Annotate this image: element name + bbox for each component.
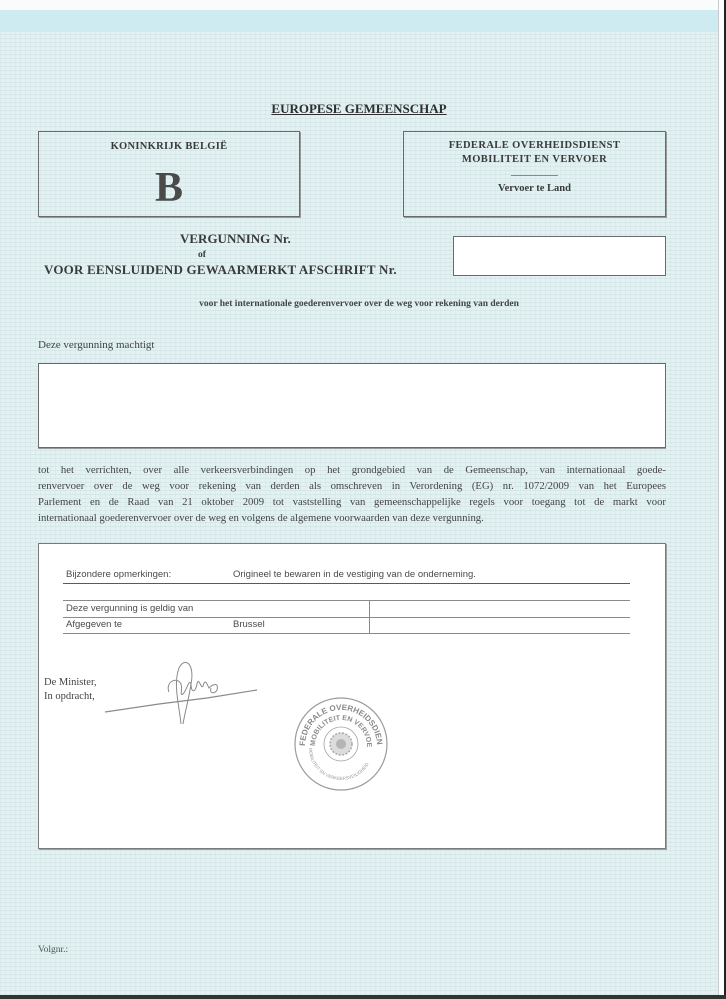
authority-line1: FEDERALE OVERHEIDSDIENST — [404, 140, 665, 151]
remarks-value: Origineel te bewaren in de vestiging van… — [233, 569, 476, 580]
remarks-label: Bijzondere opmerkingen: — [66, 569, 171, 580]
document-heading: EUROPESE GEMEENSCHAP — [0, 101, 718, 117]
body-line: internationaal goederenvervoer over de w… — [38, 510, 666, 526]
license-number-field — [453, 236, 666, 276]
signature-icon — [99, 654, 259, 729]
certified-copy-title: VOOR EENSLUIDEND GEWAARMERKT AFSCHRIFT N… — [44, 262, 397, 278]
serial-number-label: Volgnr.: — [38, 945, 68, 955]
country-box: KONINKRIJK BELGIË B — [38, 131, 300, 217]
body-line: tot het verrichten, over alle verkeersve… — [38, 462, 666, 478]
license-subtitle: voor het internationale goederenvervoer … — [0, 299, 718, 309]
official-stamp-icon: FEDERALE OVERHEIDSDIENST MOBILITEIT EN V… — [291, 694, 391, 794]
signatory-title: De Minister, — [44, 676, 97, 690]
authority-line2: MOBILITEIT EN VERVOER — [404, 154, 665, 165]
body-line: Parlement en de Raad van 21 oktober 2009… — [38, 494, 666, 510]
authority-divider — [511, 175, 558, 176]
holder-label: Deze vergunning machtigt — [38, 339, 154, 351]
divider — [63, 617, 630, 618]
validity-label: Deze vergunning is geldig van — [66, 603, 193, 614]
divider — [63, 633, 630, 634]
column-divider — [369, 600, 370, 633]
license-or: of — [198, 250, 206, 260]
document-page: EUROPESE GEMEENSCHAP KONINKRIJK BELGIË B… — [0, 0, 718, 999]
holder-field — [38, 363, 666, 448]
scan-edge-bottom — [0, 995, 726, 999]
license-body-text: tot het verrichten, over alle verkeersve… — [38, 462, 666, 526]
body-line: renvervoer over de weg voor rekening van… — [38, 478, 666, 494]
country-name: KONINKRIJK BELGIË — [39, 141, 299, 152]
top-color-band — [0, 10, 718, 32]
authority-department: Vervoer te Land — [404, 183, 665, 194]
license-title: VERGUNNING Nr. — [180, 231, 291, 247]
issued-at-label: Afgegeven te — [66, 619, 122, 630]
signatory-mandate: In opdracht, — [44, 690, 97, 704]
signatory-block: De Minister, In opdracht, — [44, 676, 97, 704]
divider — [63, 583, 630, 584]
scan-edge-right — [718, 0, 726, 999]
issued-at-value: Brussel — [233, 619, 265, 630]
divider — [63, 600, 630, 601]
country-code: B — [39, 164, 299, 212]
scan-margin-top — [0, 0, 718, 10]
authority-box: FEDERALE OVERHEIDSDIENST MOBILITEIT EN V… — [403, 131, 666, 217]
details-box: Bijzondere opmerkingen: Origineel te bew… — [38, 543, 666, 849]
